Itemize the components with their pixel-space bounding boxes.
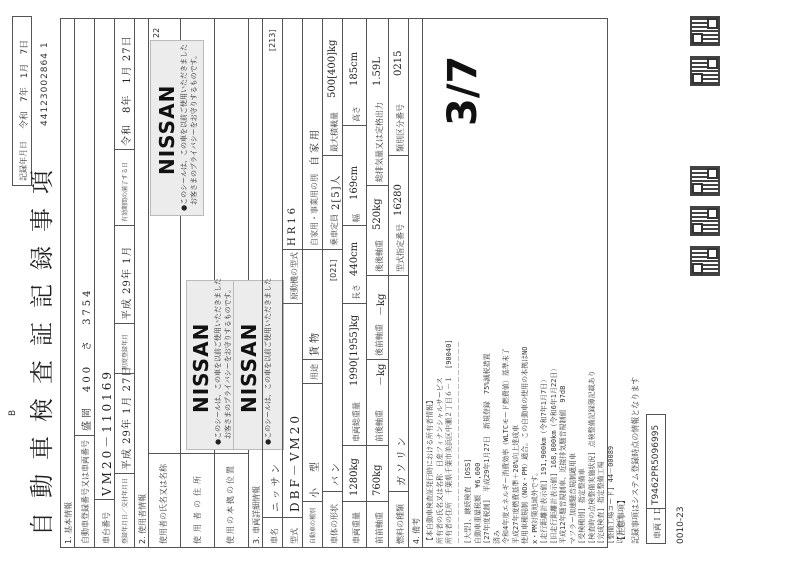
fuel-value: ガソリン xyxy=(393,434,408,486)
qr-code xyxy=(690,166,720,196)
notice-text: 記録事項はシステム登録時点の情報となります xyxy=(630,377,641,544)
qr-code xyxy=(690,16,720,46)
first-registration-value: 平成 29年 1月 27日 xyxy=(118,366,133,470)
chassis-value: VM20－110169 xyxy=(98,369,115,496)
body-label: 車体の形状 xyxy=(329,504,340,544)
capacity-value: 2[5]人 xyxy=(327,174,342,210)
model-label: 型式 xyxy=(289,528,300,544)
vehicle-inspection-record-document: 記録年月日 令和 7年 1月 7日 44123002864 1 B 自動車検査証… xyxy=(0,0,800,566)
serial-number: 44123002864 1 xyxy=(40,41,50,126)
weight-label: 車両重量 xyxy=(351,512,362,544)
height-value: 185cm xyxy=(349,52,360,86)
rear-axle-value: 520kg xyxy=(372,198,383,230)
make-label: 車名 xyxy=(269,528,280,544)
first-year-value: 平成 29年 1月 xyxy=(118,246,133,320)
front-axle-label: 前前軸重 xyxy=(374,512,385,544)
purpose-label: 自家用・事業用の別 xyxy=(309,174,320,246)
use-label: 用途 xyxy=(309,364,320,380)
engine-label: 原動機の型式 xyxy=(289,252,300,300)
nissan-logo: NISSAN xyxy=(155,85,179,175)
nissan-logo: NISSAN xyxy=(237,323,261,413)
type-cert-value: 16280 xyxy=(393,184,404,216)
qr-code xyxy=(690,206,720,236)
remarks-text: 【本自動車検査証発行時における所有者情報】 所有者の氏名又は名称 日産フィナンシ… xyxy=(426,340,626,545)
user-code: 22 xyxy=(152,28,161,38)
use-value: 貨物 xyxy=(306,330,321,356)
rear-axle-label: 後後軸重 xyxy=(374,240,385,272)
front-rear-axle-label: 前後軸重 xyxy=(374,410,385,442)
displacement-label: 総排気量又は定格出力 xyxy=(374,102,385,182)
privacy-seal-upper: NISSAN ●このシールは、この車を以前ご使用いただきました お客さまのプライ… xyxy=(150,40,204,216)
record-date-value: 令和 7年 1月 7日 xyxy=(17,40,30,129)
type-cert-label: 型式指定番号 xyxy=(395,224,406,272)
make-value: ニッサン xyxy=(267,461,282,512)
kind-label: 自動車の種別 xyxy=(308,508,317,544)
registration-value: 盛岡 400 さ 3754 xyxy=(78,287,93,431)
base-location-label: 使用の本拠の位置 xyxy=(225,464,236,544)
section4-heading: 4. 備考 xyxy=(411,518,422,544)
rear-front-axle-label: 後前軸重 xyxy=(374,324,385,356)
make-code: [213] xyxy=(268,29,277,51)
first-year-label: 初度登録年月 xyxy=(120,334,129,370)
gross-weight-value: 1990[1955]kg xyxy=(349,315,360,386)
max-load-label: 最大積載量 xyxy=(329,112,340,152)
fuel-label: 燃料の種類 xyxy=(395,504,406,544)
chassis-label: 車台番号 xyxy=(101,512,112,544)
engine-value: HR16 xyxy=(287,205,298,246)
width-value: 169cm xyxy=(349,166,360,200)
privacy-seal-middle: NISSAN ●このシールは、この車を以前ご使用いただきました お客さまのプライ… xyxy=(186,280,234,450)
user-name-label: 使用者の氏名又は名称 xyxy=(158,464,169,544)
notice-heading: 【注意事項】 xyxy=(616,496,627,544)
page-title: 自動車検査証記録事項 xyxy=(22,156,57,536)
section1-heading: 1. 基本情報 xyxy=(63,502,74,544)
gross-weight-label: 車両総重量 xyxy=(351,402,362,442)
max-load-value: 500[400]kg xyxy=(327,40,338,98)
section2-heading: 2. 使用者情報 xyxy=(137,494,148,544)
registration-label: 自動車登録番号又は車両番号 xyxy=(80,440,91,544)
expiry-value: 令和 8年 1月 27日 xyxy=(118,35,133,146)
model-value: DBF－VM20 xyxy=(286,413,303,512)
purpose-value: 自家用 xyxy=(306,127,321,166)
displacement-value: 1.59L xyxy=(372,57,383,86)
front-axle-value: 760kg xyxy=(372,464,383,496)
form-code: B xyxy=(8,410,18,416)
weight-value: 1280kg xyxy=(349,458,360,496)
length-label: 長さ xyxy=(351,284,362,300)
first-registration-label: 登録年月日／交付年月日 xyxy=(120,478,129,544)
user-address-label: 使用者の住所 xyxy=(192,472,203,544)
nissan-logo: NISSAN xyxy=(189,323,213,413)
kind-value: 小 型 xyxy=(306,459,321,498)
length-value: 440cm xyxy=(349,242,360,276)
privacy-seal-lower: NISSAN ●このシールは、この車を以前ご使用いただきました xyxy=(232,280,284,450)
footer-code: 0010-23 xyxy=(676,506,686,544)
vehicle-id-value: T9462PR5096995 xyxy=(651,425,661,505)
category-value: 0215 xyxy=(393,51,404,76)
qr-code xyxy=(690,246,720,276)
rear-front-axle-value: －kg xyxy=(372,294,387,316)
body-code: [021] xyxy=(329,259,338,281)
body-value: バン xyxy=(327,460,342,486)
front-rear-axle-value: －kg xyxy=(372,364,387,386)
category-label: 類別区分番号 xyxy=(395,104,406,152)
section3-heading: 3. 車両詳細情報 xyxy=(251,486,262,544)
vehicle-id-label: 車両ＩＤ xyxy=(652,507,663,539)
capacity-label: 乗車定員 xyxy=(329,214,340,246)
vehicle-id-box: 車両ＩＤ T9462PR5096995 xyxy=(646,414,666,544)
width-label: 幅 xyxy=(351,214,362,222)
expiry-label: 有効期間の満了する日 xyxy=(120,162,129,222)
qr-code xyxy=(690,56,720,86)
handwritten-note: 3/7 xyxy=(440,56,486,126)
height-label: 高さ xyxy=(351,106,362,122)
